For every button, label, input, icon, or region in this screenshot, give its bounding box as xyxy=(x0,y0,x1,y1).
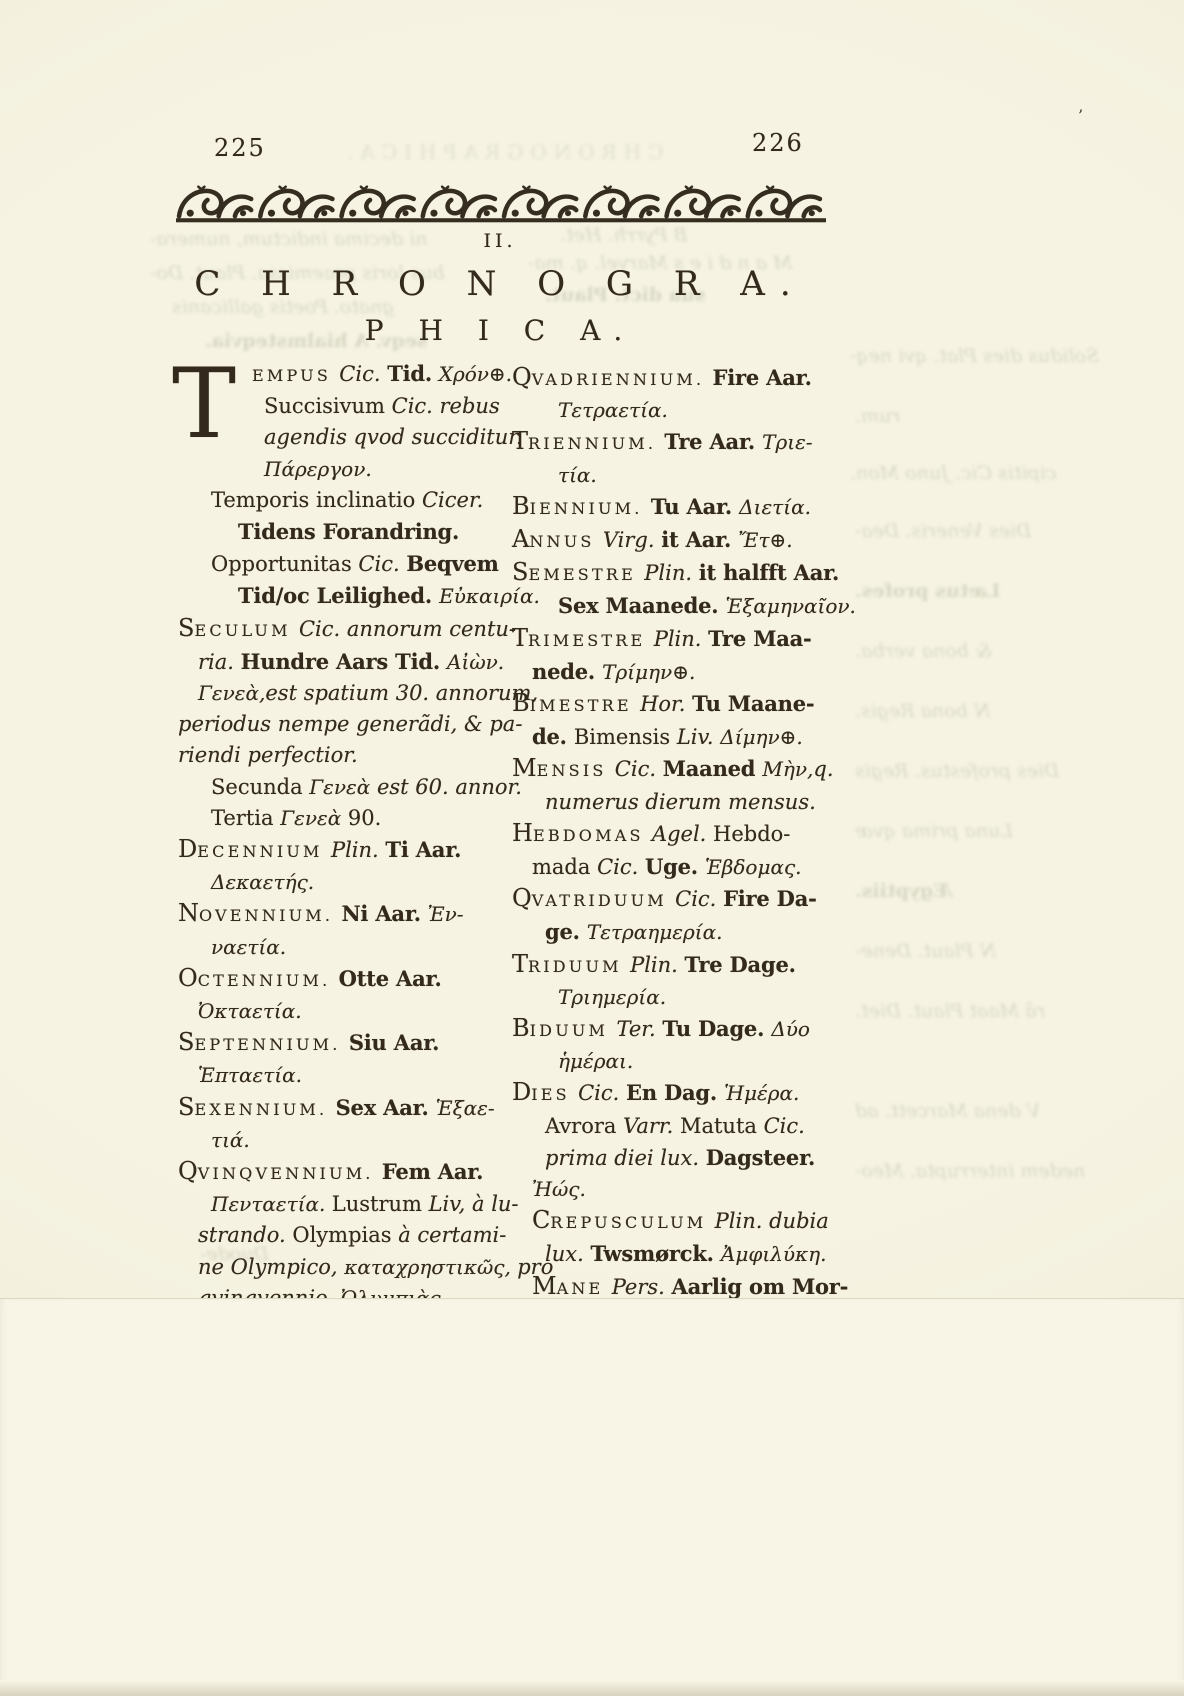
text-line: Tidens Forandring. xyxy=(238,516,514,548)
text-segment: Twsmørck. xyxy=(590,1241,720,1266)
section-number: II. xyxy=(142,230,858,252)
text-segment: Ἔτ⊕. xyxy=(738,528,792,552)
page-title-line2: P H I C A. xyxy=(142,314,858,347)
text-line: BIENNIUM. Tu Aar. Διετία. xyxy=(512,491,856,524)
text-segment: CTENNIUM. xyxy=(198,971,339,990)
text-segment: ECULUM xyxy=(194,621,299,640)
text-segment: Τριε- xyxy=(762,430,812,454)
text-segment: Tidens Forandring. xyxy=(238,519,459,544)
text-segment: T xyxy=(512,624,528,652)
text-segment: Πενταετία. xyxy=(211,1192,332,1216)
text-segment: O xyxy=(178,964,198,992)
text-segment: nede. xyxy=(532,659,602,684)
text-segment: Πάρεργον. xyxy=(264,457,372,481)
bleedthrough-text: râ Maat Plaut. Diet. xyxy=(855,1000,1046,1022)
bleedthrough-text: N bona Regis. xyxy=(855,700,990,722)
text-line: prima diei lux. Dagsteer. xyxy=(545,1142,856,1174)
text-segment: T xyxy=(512,427,528,455)
text-segment: Bimensis xyxy=(574,725,677,749)
text-line: MENSIS Cic. Maaned Μὴν,q. xyxy=(512,753,856,786)
text-line: Τριημερία. xyxy=(558,982,856,1013)
dust-mark: ’ xyxy=(1078,106,1083,125)
text-segment: Avrora xyxy=(545,1114,623,1138)
text-segment: Aarlig om Mor- xyxy=(672,1274,849,1299)
text-line: Πενταετία. Lustrum Liv, à lu- xyxy=(211,1189,514,1220)
text-segment: ECENNIUM xyxy=(197,842,331,861)
text-segment: Δίμην⊕. xyxy=(720,725,803,749)
text-segment: ANE xyxy=(557,1279,612,1298)
bleedthrough-text: N Plaut. Dene- xyxy=(855,940,996,962)
text-segment: Liv, à lu- xyxy=(429,1192,519,1216)
text-segment: Tu Aar. xyxy=(651,494,739,519)
ornament-band-icon xyxy=(176,182,826,224)
text-segment: Tid/oc Leilighed. xyxy=(238,583,439,608)
text-segment: Maaned xyxy=(663,756,763,781)
text-segment: Tertia xyxy=(211,806,280,830)
text-line: Τετραετία. xyxy=(558,395,856,426)
text-segment: T xyxy=(512,950,528,978)
text-line: Ὀκταετία. xyxy=(198,996,514,1027)
text-segment: Opportunitas xyxy=(211,552,358,576)
text-line: SEXENNIUM. Sex Aar. Ἑξαε- xyxy=(178,1092,514,1125)
bleedthrough-text: V dena Marcett. ad xyxy=(855,1100,1040,1122)
text-segment: Ter. xyxy=(616,1017,655,1041)
text-segment: Hundre Aars Tid. xyxy=(241,649,447,674)
text-line: QVADRIENNIUM. Fire Aar. xyxy=(512,362,856,395)
text-segment: Γενεὰ xyxy=(280,806,341,830)
text-line: ANNUS Virg. it Aar. Ἔτ⊕. xyxy=(512,524,856,557)
text-line: Γενεὰ,est spatium 30. annorum, xyxy=(198,678,514,709)
text-segment: strando. xyxy=(198,1223,292,1247)
text-segment: Tre Aar. xyxy=(664,429,762,454)
text-segment: IES xyxy=(531,1085,578,1104)
text-segment: numerus dierum mensus. xyxy=(545,790,816,814)
text-segment: N xyxy=(178,899,199,927)
text-segment: S xyxy=(178,1093,194,1121)
text-segment: S xyxy=(178,1028,194,1056)
text-line: NOVENNIUM. Ni Aar. Ἐν- xyxy=(178,898,514,931)
text-segment: Lustrum xyxy=(332,1192,429,1216)
text-segment: Otte Aar. xyxy=(339,966,442,991)
text-segment: Τετραημερία. xyxy=(587,920,723,944)
text-segment: EBDOMAS xyxy=(533,826,652,845)
text-segment: M xyxy=(512,754,537,782)
text-line: strando. Olympias à certami- xyxy=(198,1220,514,1251)
text-segment: Τρίμην⊕. xyxy=(602,660,695,684)
text-line: QVATRIDUUM Cic. Fire Da- xyxy=(512,883,856,916)
text-segment: Τετραετία. xyxy=(558,398,668,422)
bleedthrough-text: Ægyptiis. xyxy=(855,880,953,902)
text-line: DIES Cic. En Dag. Ἡμέρα. xyxy=(512,1077,856,1110)
text-line: Temporis inclinatio Cicer. xyxy=(211,485,514,516)
text-segment: EMESTRE xyxy=(528,565,644,584)
text-column-right: QVADRIENNIUM. Fire Aar.Τετραετία.TRIENNI… xyxy=(512,362,856,1336)
text-segment: EXENNIUM. xyxy=(194,1100,335,1119)
text-segment: Siu Aar. xyxy=(349,1030,439,1055)
text-segment: καταχρηστικῶς, xyxy=(344,1255,517,1279)
text-segment: Cic. xyxy=(615,757,656,781)
text-segment: Δύο xyxy=(771,1017,810,1041)
text-segment: Tid. xyxy=(387,361,432,386)
text-segment xyxy=(421,902,428,926)
text-segment: M xyxy=(532,1272,557,1300)
bleedthrough-text: Solidus dies Plat. qvi neq- xyxy=(850,345,1099,367)
text-segment: ria. xyxy=(198,650,241,674)
text-segment: Ni Aar. xyxy=(341,901,420,926)
text-line: periodus nempe generãdi, & pa- xyxy=(178,709,514,740)
text-segment: Plin. xyxy=(654,627,702,651)
text-segment: Tre Dage. xyxy=(685,952,796,977)
text-segment xyxy=(678,953,685,977)
page-number-left: 225 xyxy=(214,134,266,162)
text-segment: Tu Maane- xyxy=(692,691,814,716)
text-segment: Cic. xyxy=(339,362,380,386)
text-segment: ge. xyxy=(545,919,587,944)
text-segment: Ἡμέρα. xyxy=(724,1081,799,1105)
text-segment: Μὴν, xyxy=(762,757,813,781)
text-segment: à certami- xyxy=(398,1223,506,1247)
text-line: ne Olympico, καταχρηστικῶς, pro xyxy=(198,1252,514,1283)
text-segment: VADRIENNIUM. xyxy=(532,370,713,389)
text-segment: S xyxy=(178,614,194,642)
text-segment: periodus nempe generãdi, & pa- xyxy=(178,712,522,736)
text-line: TRIMESTRE Plin. Tre Maa- xyxy=(512,623,856,656)
text-line: Sex Maanede. Ἑξαμηναῖον. xyxy=(558,590,856,622)
text-segment: EPTENNIUM. xyxy=(194,1035,348,1054)
text-line: SECULUM Cic. annorum centu- xyxy=(178,613,514,646)
text-line: τιά. xyxy=(211,1125,514,1156)
text-segment: Temporis inclinatio xyxy=(211,488,422,512)
text-segment xyxy=(638,855,645,879)
text-segment: A xyxy=(512,525,529,553)
text-segment: Ἐν- xyxy=(428,902,464,926)
text-segment: Sex Aar. xyxy=(336,1095,436,1120)
text-segment: it halfft Aar. xyxy=(699,560,839,585)
text-line: nede. Τρίμην⊕. xyxy=(532,656,856,688)
text-segment: B xyxy=(512,689,530,717)
text-segment: Cic. rebus xyxy=(392,394,500,418)
text-segment: Matuta xyxy=(673,1114,763,1138)
text-segment: Cicer. xyxy=(422,488,483,512)
text-segment: IMESTRE xyxy=(530,696,640,715)
text-column-left: T EMPUS Cic. Tid. Χρόν⊕.Succisivum Cic. … xyxy=(178,358,514,1314)
text-line: Secunda Γενεὰ est 60. annor. xyxy=(211,772,514,803)
text-segment: OVENNIUM. xyxy=(199,906,341,925)
text-segment xyxy=(656,757,663,781)
page-title-line1: C H R O N O G R A. xyxy=(142,264,858,304)
text-line: de. Bimensis Liv. Δίμην⊕. xyxy=(532,721,856,753)
text-segment: 90. xyxy=(341,806,381,830)
text-segment: Cic. xyxy=(675,887,716,911)
text-line: agendis qvod succiditur. xyxy=(264,422,514,453)
text-segment: Varr. xyxy=(623,1114,673,1138)
text-segment: Dagsteer. xyxy=(706,1145,815,1170)
text-segment: τία. xyxy=(558,463,597,487)
text-line: BIDUUM Ter. Tu Dage. Δύο xyxy=(512,1013,856,1046)
text-segment: q. xyxy=(813,757,833,781)
text-segment: Cic. xyxy=(597,855,638,879)
text-segment: Ti Aar. xyxy=(385,837,461,862)
text-line: numerus dierum mensus. xyxy=(545,787,856,818)
text-line: Tid/oc Leilighed. Εὐκαιρία. xyxy=(238,580,514,612)
text-segment: B xyxy=(512,1014,530,1042)
text-segment xyxy=(692,561,699,585)
text-segment xyxy=(665,1275,672,1299)
text-line: DECENNIUM Plin. Ti Aar. xyxy=(178,834,514,867)
text-line: SEPTENNIUM. Siu Aar. xyxy=(178,1027,514,1060)
bleedthrough-text: & bona verba. xyxy=(855,640,992,662)
text-segment: Τριημερία. xyxy=(558,985,666,1009)
text-segment: Δεκαετής. xyxy=(211,870,314,894)
text-segment: Fire Da- xyxy=(723,886,817,911)
text-line: QVINQVENNIUM. Fem Aar. xyxy=(178,1156,514,1189)
text-segment: Uge. xyxy=(645,854,705,879)
text-line: τία. xyxy=(558,460,856,491)
text-segment: Plin. dubia xyxy=(715,1209,829,1233)
text-segment: Olympias xyxy=(292,1223,398,1247)
text-segment: Cic. xyxy=(764,1114,805,1138)
text-line: Ἑπταετία. xyxy=(198,1060,514,1091)
text-segment: Ὀκταετία. xyxy=(198,999,302,1023)
text-line: Ἠώς. xyxy=(532,1174,856,1205)
text-segment: Sex Maanede. xyxy=(558,593,726,618)
text-segment: ne Olympico, xyxy=(198,1255,344,1279)
text-line: ge. Τετραημερία. xyxy=(545,916,856,948)
text-segment: Διετία. xyxy=(739,495,811,519)
text-segment: Plin. xyxy=(644,561,692,585)
text-line: Succisivum Cic. rebus xyxy=(264,391,514,422)
text-segment: Hor. xyxy=(640,692,685,716)
text-segment: ἡμέραι. xyxy=(558,1049,633,1073)
text-line: EMPUS Cic. Tid. Χρόν⊕. xyxy=(252,358,514,391)
text-segment: de. xyxy=(532,724,574,749)
text-segment: Q xyxy=(512,884,532,912)
text-segment: D xyxy=(512,1078,531,1106)
text-line: TRIDUUM Plin. Tre Dage. xyxy=(512,949,856,982)
text-segment xyxy=(432,362,439,386)
text-line: Tertia Γενεὰ 90. xyxy=(211,803,514,834)
text-segment: VINQVENNIUM. xyxy=(198,1164,382,1183)
text-segment: Ἑξαμηναῖον. xyxy=(726,594,856,618)
text-segment: agendis qvod succiditur. xyxy=(264,425,523,449)
text-segment: Beqvem xyxy=(406,551,498,576)
text-line: Avrora Varr. Matuta Cic. xyxy=(545,1111,856,1142)
text-line: HEBDOMAS Agel. Hebdo- xyxy=(512,818,856,851)
text-segment: τιά. xyxy=(211,1128,250,1152)
text-segment: Q xyxy=(178,1157,198,1185)
scanned-book-page: CHRONOGRAPHICA.ni decima indictum, numer… xyxy=(0,0,1184,1696)
text-segment: Cic. annorum centu- xyxy=(299,617,516,641)
bleedthrough-text: CHRONOGRAPHICA. xyxy=(340,140,663,164)
text-line: ria. Hundre Aars Tid. Αἰὼν. xyxy=(198,646,514,678)
bleedthrough-text: Luna prima qvæ xyxy=(855,820,1013,842)
bleedthrough-text: nedem interrupta. Meo- xyxy=(855,1160,1085,1182)
text-segment: En Dag. xyxy=(626,1080,724,1105)
text-segment: Plin. xyxy=(630,953,678,977)
text-segment: Tu Dage. xyxy=(662,1016,771,1041)
text-segment: RIMESTRE xyxy=(528,631,654,650)
scan-bottom-edge xyxy=(0,1680,1184,1696)
text-line: CREPUSCULUM Plin. dubia xyxy=(532,1205,856,1238)
text-segment: C xyxy=(532,1206,550,1234)
text-segment: Hebdo- xyxy=(706,822,790,846)
text-segment: S xyxy=(512,558,528,586)
text-segment: EMPUS xyxy=(252,366,339,385)
text-segment: Agel. xyxy=(652,822,706,846)
text-line: OCTENNIUM. Otte Aar. xyxy=(178,963,514,996)
text-segment: est spatium 30. annorum, xyxy=(265,681,538,705)
text-segment: ENSIS xyxy=(537,761,615,780)
text-segment: Γενεὰ xyxy=(309,775,370,799)
text-segment: Plin. xyxy=(331,838,379,862)
text-segment: Q xyxy=(512,363,532,391)
text-segment: D xyxy=(178,835,197,863)
text-segment: VATRIDUUM xyxy=(532,891,675,910)
text-segment: Ἑξαε- xyxy=(436,1096,495,1120)
text-segment: Ἑβδομας. xyxy=(705,855,802,879)
text-segment: prima diei lux. xyxy=(545,1146,706,1170)
text-segment: Fire Aar. xyxy=(713,365,812,390)
text-segment: ναετία. xyxy=(211,935,286,959)
text-segment: Cic. xyxy=(578,1081,619,1105)
text-line: ἡμέραι. xyxy=(558,1046,856,1077)
text-line: Δεκαετής. xyxy=(211,867,514,898)
page-number-right: 226 xyxy=(752,129,804,157)
text-segment: Virg. xyxy=(603,528,655,552)
text-segment: Ἠώς. xyxy=(532,1177,586,1201)
text-segment: IENNIUM. xyxy=(530,499,651,518)
text-segment: it Aar. xyxy=(661,527,738,552)
bleedthrough-text: Dies profestus. Regis xyxy=(855,760,1059,782)
text-segment: Cic. xyxy=(358,552,399,576)
text-segment: Ἑπταετία. xyxy=(198,1063,302,1087)
text-segment: Tre Maa- xyxy=(708,626,811,651)
text-segment: IDUUM xyxy=(530,1021,617,1040)
text-segment: REPUSCULUM xyxy=(550,1213,714,1232)
text-line: TRIENNIUM. Tre Aar. Τριε- xyxy=(512,426,856,459)
drop-cap: T xyxy=(172,362,236,446)
text-segment: mada xyxy=(532,855,597,879)
text-segment: H xyxy=(512,819,533,847)
text-segment: RIENNIUM. xyxy=(528,434,664,453)
text-segment: Ἀμφιλύκη. xyxy=(721,1242,827,1266)
text-segment: Γενεὰ, xyxy=(198,681,265,705)
text-segment: RIDUUM xyxy=(528,957,630,976)
text-line: mada Cic. Uge. Ἑβδομας. xyxy=(532,851,856,883)
text-segment: Χρόν⊕. xyxy=(439,362,512,386)
text-segment: est 60. annor. xyxy=(370,775,522,799)
bleedthrough-text: cipitis Cic. Juno Mon. xyxy=(850,462,1057,484)
text-line: Opportunitas Cic. Beqvem xyxy=(211,548,514,580)
text-segment: Secunda xyxy=(211,775,309,799)
text-segment: NNUS xyxy=(529,532,603,551)
text-segment: B xyxy=(512,492,530,520)
paper-edge-seam xyxy=(0,1298,1184,1696)
text-segment: Succisivum xyxy=(264,394,392,418)
text-segment: Liv. xyxy=(677,725,714,749)
text-segment: Αἰὼν. xyxy=(447,650,504,674)
text-segment: Pers. xyxy=(612,1275,665,1299)
text-line: lux. Twsmørck. Ἀμφιλύκη. xyxy=(545,1238,856,1270)
bleedthrough-text: Dies Veneris. Dea- xyxy=(855,520,1031,542)
text-line: SEMESTRE Plin. it halfft Aar. xyxy=(512,557,856,590)
text-line: ναετία. xyxy=(211,932,514,963)
bleedthrough-text: rum. xyxy=(855,405,900,427)
text-segment: lux. xyxy=(545,1242,590,1266)
text-line: riendi perfectior. xyxy=(178,740,514,771)
text-line: BIMESTRE Hor. Tu Maane- xyxy=(512,688,856,721)
bleedthrough-text: Lætus profes. xyxy=(855,580,1000,602)
text-segment: Fem Aar. xyxy=(382,1159,483,1184)
text-segment: riendi perfectior. xyxy=(178,743,358,767)
text-line: Πάρεργον. xyxy=(264,454,514,485)
